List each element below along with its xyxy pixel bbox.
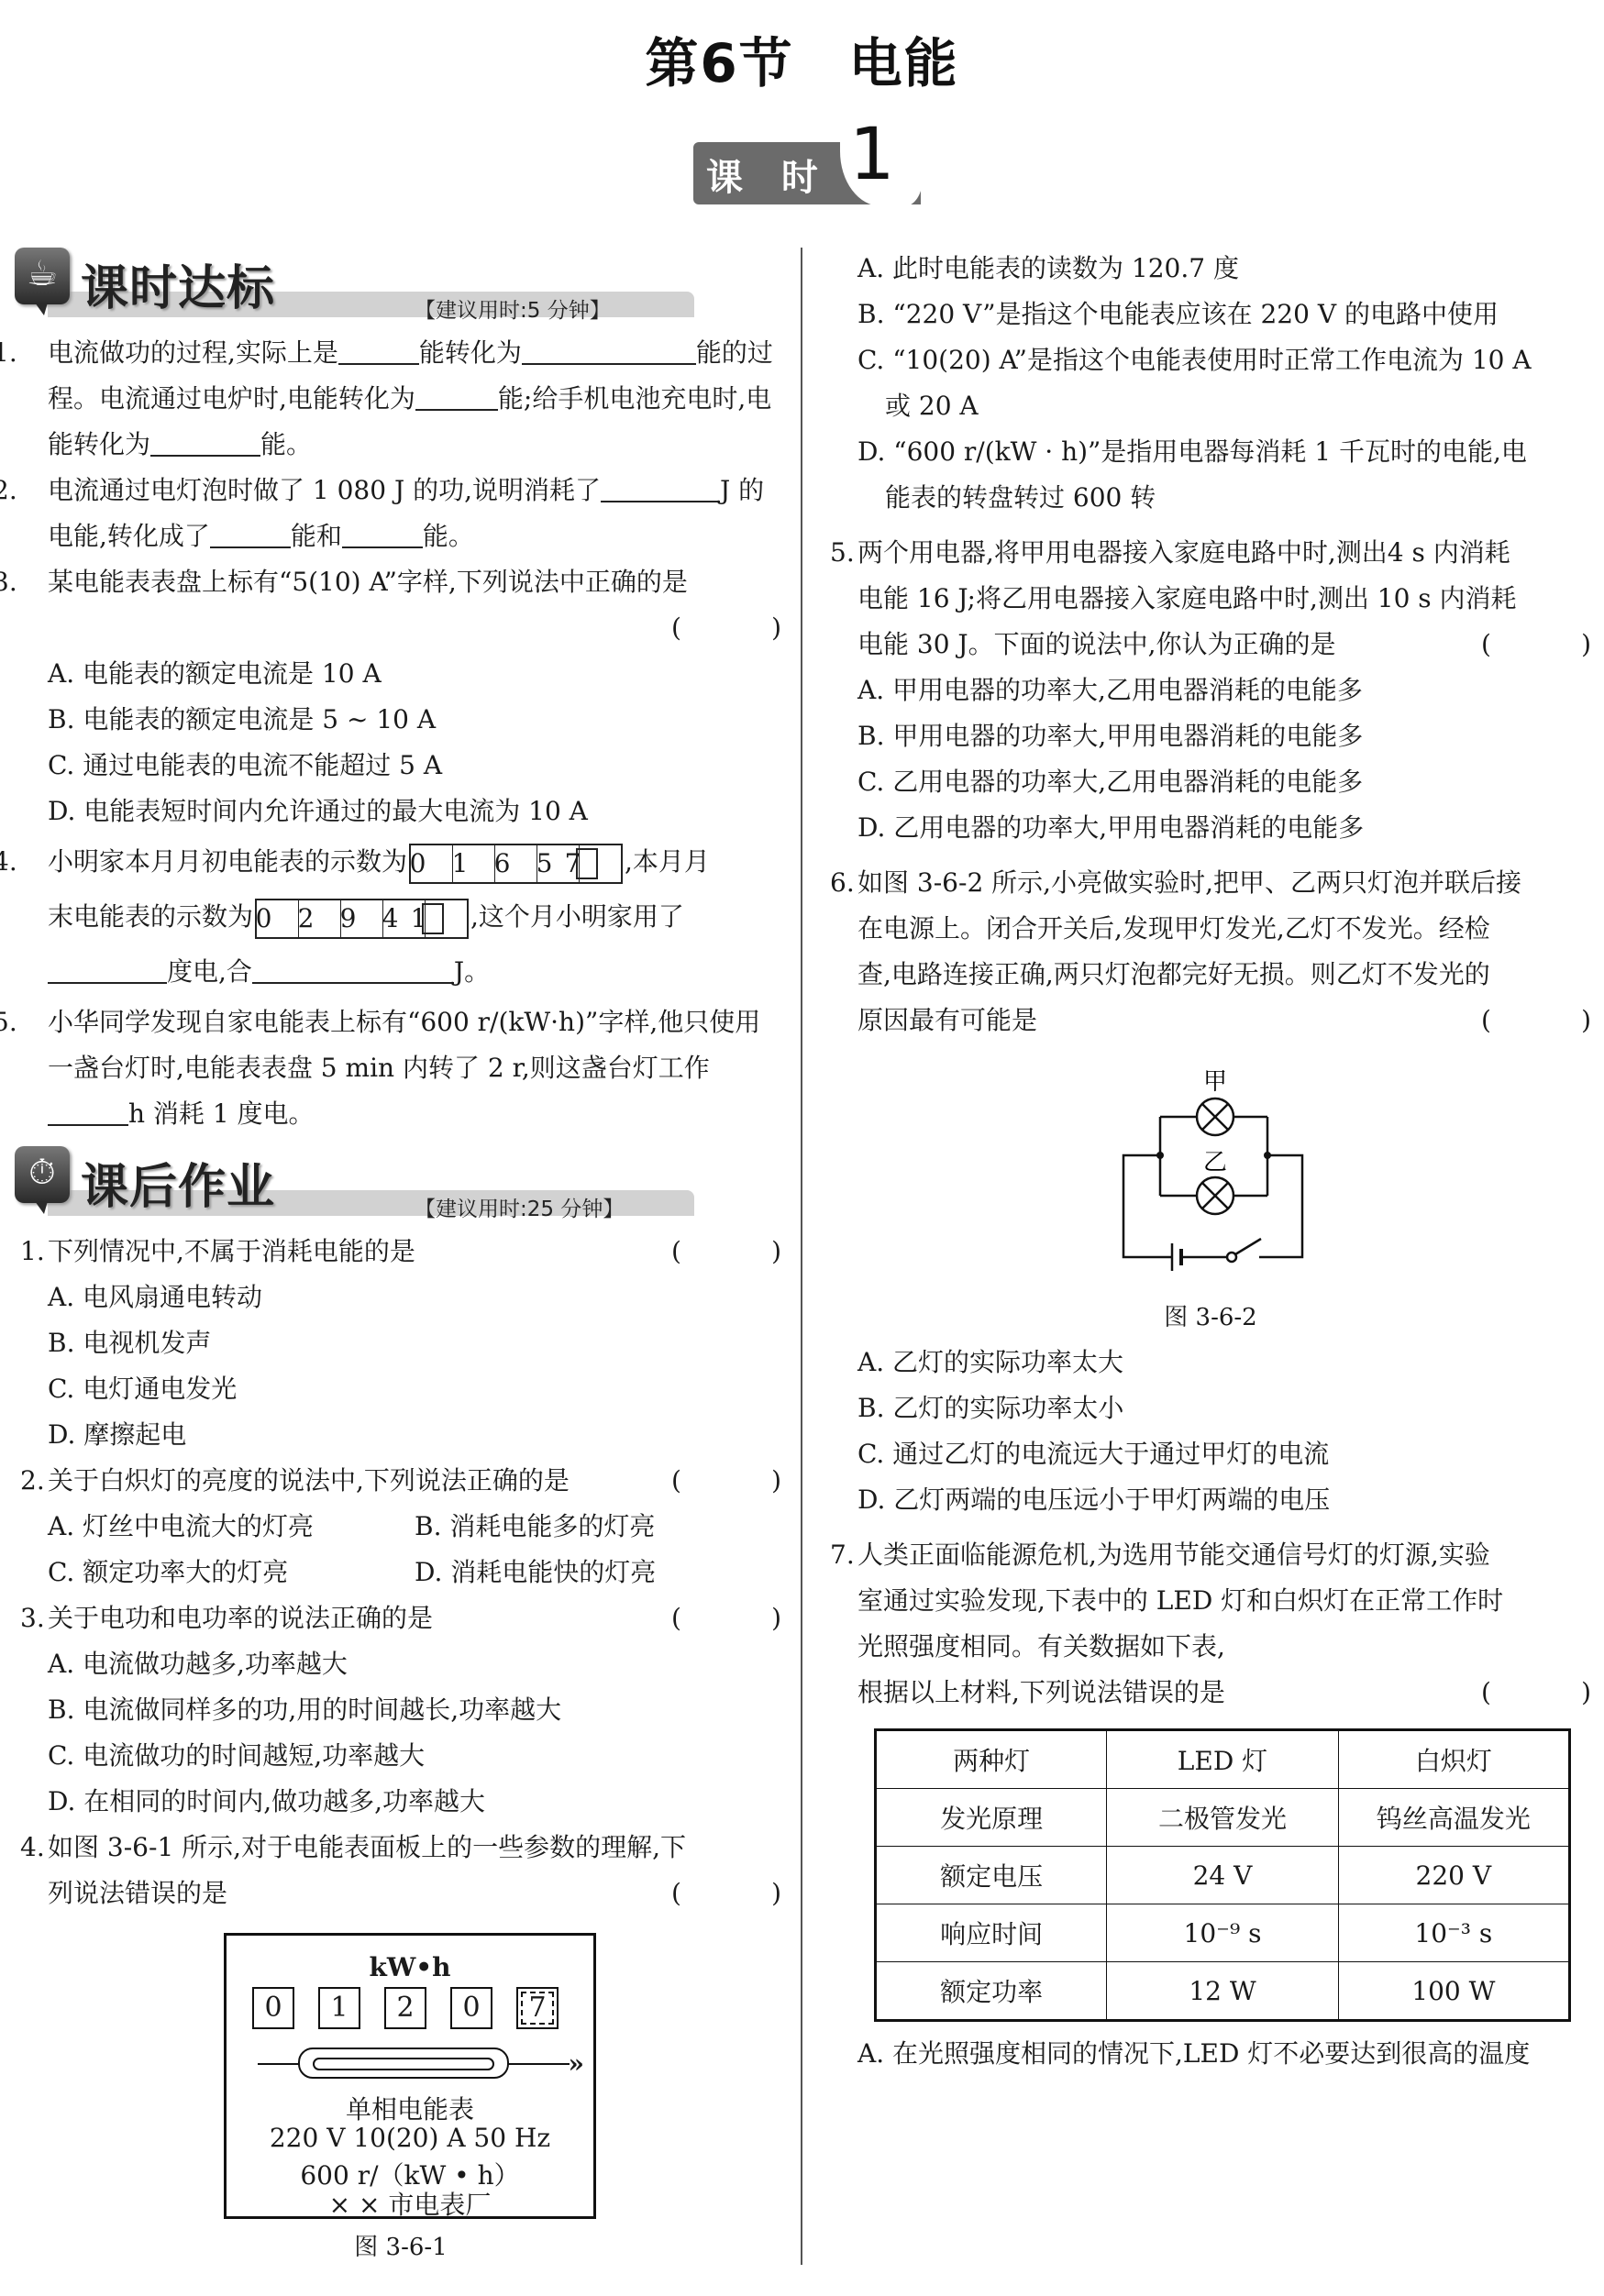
question-1: 1.电流做功的过程,实际上是能转化为能的过程。电流通过电炉时,电能转化为能;给手… [20,330,781,468]
question-5: 5.小华同学发现自家电能表上标有“600 r/(kW·h)”字样,他只使用一盏台… [20,999,781,1137]
answer-paren[interactable]: () [671,1458,781,1504]
answer-blank[interactable] [48,1098,128,1126]
option-c[interactable]: C. 电流做功的时间越短,功率越大 [20,1733,781,1779]
option-a[interactable]: A. 电能表的额定电流是 10 A [20,651,781,697]
question-7: 7.人类正面临能源危机,为选用节能交通信号灯的灯源,实验 [830,1532,1591,1578]
table-row: 两种灯LED 灯白炽灯 [876,1730,1570,1789]
column-divider [801,248,802,2265]
option-b[interactable]: B. 电流做同样多的功,用的时间越长,功率越大 [20,1687,781,1733]
answer-blank[interactable] [601,475,720,502]
stopwatch-icon: ⏱ [15,1146,70,1203]
option-c[interactable]: C. 通过电能表的电流不能超过 5 A [20,743,781,789]
right-column: A. 此时电能表的读数为 120.7 度 B. “220 V”是指这个电能表应该… [830,246,1591,2077]
table-row: 响应时间10⁻⁹ s10⁻³ s [876,1904,1570,1962]
option-a[interactable]: A. 在光照强度相同的情况下,LED 灯不必要达到很高的温度 [830,2031,1591,2077]
option-d[interactable]: D. 摩擦起电 [20,1412,781,1458]
page-title: 第6节电能 [0,20,1604,97]
answer-blank[interactable] [522,337,696,365]
option-a[interactable]: A. 此时电能表的读数为 120.7 度 [830,246,1591,292]
figure-caption: 图 3-6-1 [20,2228,781,2262]
svg-text:乙: 乙 [1203,1149,1227,1176]
option-c[interactable]: C. 电灯通电发光 [20,1366,781,1412]
answer-paren[interactable]: () [1481,998,1591,1043]
answer-paren[interactable]: () [1481,622,1591,668]
left-column: ☕ 课时达标 【建议用时:5 分钟】 1.电流做功的过程,实际上是能转化为能的过… [20,248,781,2262]
option-c[interactable]: C. 额定功率大的灯亮 [48,1550,415,1595]
option-a[interactable]: A. 乙灯的实际功率太大 [830,1340,1591,1385]
section-title-practice: 课时达标 [81,249,275,318]
section-title-homework: 课后作业 [81,1148,275,1217]
option-d[interactable]: D. 电能表短时间内允许通过的最大电流为 10 A [20,789,781,834]
parallel-circuit-icon: 甲 乙 [1073,1051,1348,1289]
time-hint: 【建议用时:5 分钟】 [415,293,611,324]
meter-reading-start: 01657 [409,844,623,884]
option-d[interactable]: D. 消耗电能快的灯亮 [415,1550,781,1595]
meter-digits: 0 1 2 0 7 [252,1987,559,2029]
option-b[interactable]: B. 乙灯的实际功率太小 [830,1385,1591,1431]
option-c[interactable]: C. “10(20) A”是指这个电能表使用时正常工作电流为 10 A [830,337,1591,383]
question-2: 2.关于白炽灯的亮度的说法中,下列说法正确的是() [20,1458,781,1504]
question-3: 3.关于电功和电功率的说法正确的是() [20,1595,781,1641]
option-a[interactable]: A. 甲用电器的功率大,乙用电器消耗的电能多 [830,668,1591,713]
answer-blank[interactable] [210,521,291,548]
option-c-cont: 或 20 A [830,383,1591,429]
answer-blank[interactable] [342,521,423,548]
meter-reading-end: 02941 [255,899,469,939]
lesson-number: 1 [849,119,895,191]
question-5: 5.两个用电器,将甲用电器接入家庭电路中时,测出4 s 内消耗 [830,530,1591,576]
answer-blank[interactable] [252,956,454,984]
question-2: 2.电流通过电灯泡时做了 1 080 J 的功,说明消耗了J 的电能,转化成了能… [20,468,781,559]
option-b[interactable]: B. “220 V”是指这个电能表应该在 220 V 的电路中使用 [830,292,1591,337]
coffee-cup-icon: ☕ [15,248,70,304]
question-4: 4.如图 3-6-1 所示,对于电能表面板上的一些参数的理解,下 [20,1825,781,1871]
answer-paren[interactable]: () [671,1229,781,1275]
option-d[interactable]: D. 乙用电器的功率大,甲用电器消耗的电能多 [830,805,1591,851]
option-a[interactable]: A. 灯丝中电流大的灯亮 [48,1504,415,1550]
table-row: 发光原理二极管发光钨丝高温发光 [876,1789,1570,1847]
option-b[interactable]: B. 消耗电能多的灯亮 [415,1504,781,1550]
time-hint: 【建议用时:25 分钟】 [415,1192,624,1222]
section-label: 第6节 [645,32,793,94]
answer-blank[interactable] [48,956,167,984]
answer-blank[interactable] [415,383,498,411]
option-b[interactable]: B. 电能表的额定电流是 5 ~ 10 A [20,697,781,743]
option-d-cont: 能表的转盘转过 600 转 [830,475,1591,521]
answer-paren[interactable]: () [671,1595,781,1641]
question-6: 6.如图 3-6-2 所示,小亮做实验时,把甲、乙两只灯泡并联后接 [830,860,1591,906]
question-1: 1.下列情况中,不属于消耗电能的是() [20,1229,781,1275]
question-4: 4.小明家本月月初电能表的示数为01657,本月月末电能表的示数为02941,这… [20,834,781,999]
lesson-badge: 课 时 1 [693,119,923,206]
option-a[interactable]: A. 电流做功越多,功率越大 [20,1641,781,1687]
option-a[interactable]: A. 电风扇通电转动 [20,1275,781,1320]
lamp-comparison-table: 两种灯LED 灯白炽灯 发光原理二极管发光钨丝高温发光 额定电压24 V220 … [874,1728,1571,2022]
section-header-homework: ⏱ 课后作业 【建议用时:25 分钟】 [20,1146,781,1218]
section-title: 电能 [849,32,959,94]
option-c[interactable]: C. 通过乙灯的电流远大于通过甲灯的电流 [830,1431,1591,1477]
answer-paren[interactable]: () [1481,1670,1591,1716]
figure-caption: 图 3-6-2 [1073,1298,1348,1332]
option-b[interactable]: B. 甲用电器的功率大,甲用电器消耗的电能多 [830,713,1591,759]
answer-blank[interactable] [338,337,419,365]
option-b[interactable]: B. 电视机发声 [20,1320,781,1366]
answer-paren[interactable]: () [20,605,781,651]
answer-blank[interactable] [150,429,260,457]
question-3: 3.某电能表表盘上标有“5(10) A”字样,下列说法中正确的是 [20,559,781,605]
table-row: 额定电压24 V220 V [876,1847,1570,1904]
svg-text:甲: 甲 [1203,1068,1227,1096]
lesson-label: 课 时 [706,149,831,201]
electric-meter-figure: kW•h 0 1 2 0 7 » 单相电能表 220 V 10(20) A 50… [224,1933,596,2219]
option-c[interactable]: C. 乙用电器的功率大,乙用电器消耗的电能多 [830,759,1591,805]
answer-paren[interactable]: () [671,1871,781,1916]
double-arrow-icon: » [569,2048,585,2081]
option-d[interactable]: D. 在相同的时间内,做功越多,功率越大 [20,1779,781,1825]
option-d[interactable]: D. 乙灯两端的电压远小于甲灯两端的电压 [830,1477,1591,1523]
meter-rotor-icon: » [258,2046,584,2082]
table-row: 额定功率12 W100 W [876,1962,1570,2021]
section-header-practice: ☕ 课时达标 【建议用时:5 分钟】 [20,248,781,319]
circuit-diagram: 甲 乙 图 3-6-2 [1073,1051,1348,1332]
option-d[interactable]: D. “600 r/(kW · h)”是指用电器每消耗 1 千瓦时的电能,电 [830,429,1591,475]
